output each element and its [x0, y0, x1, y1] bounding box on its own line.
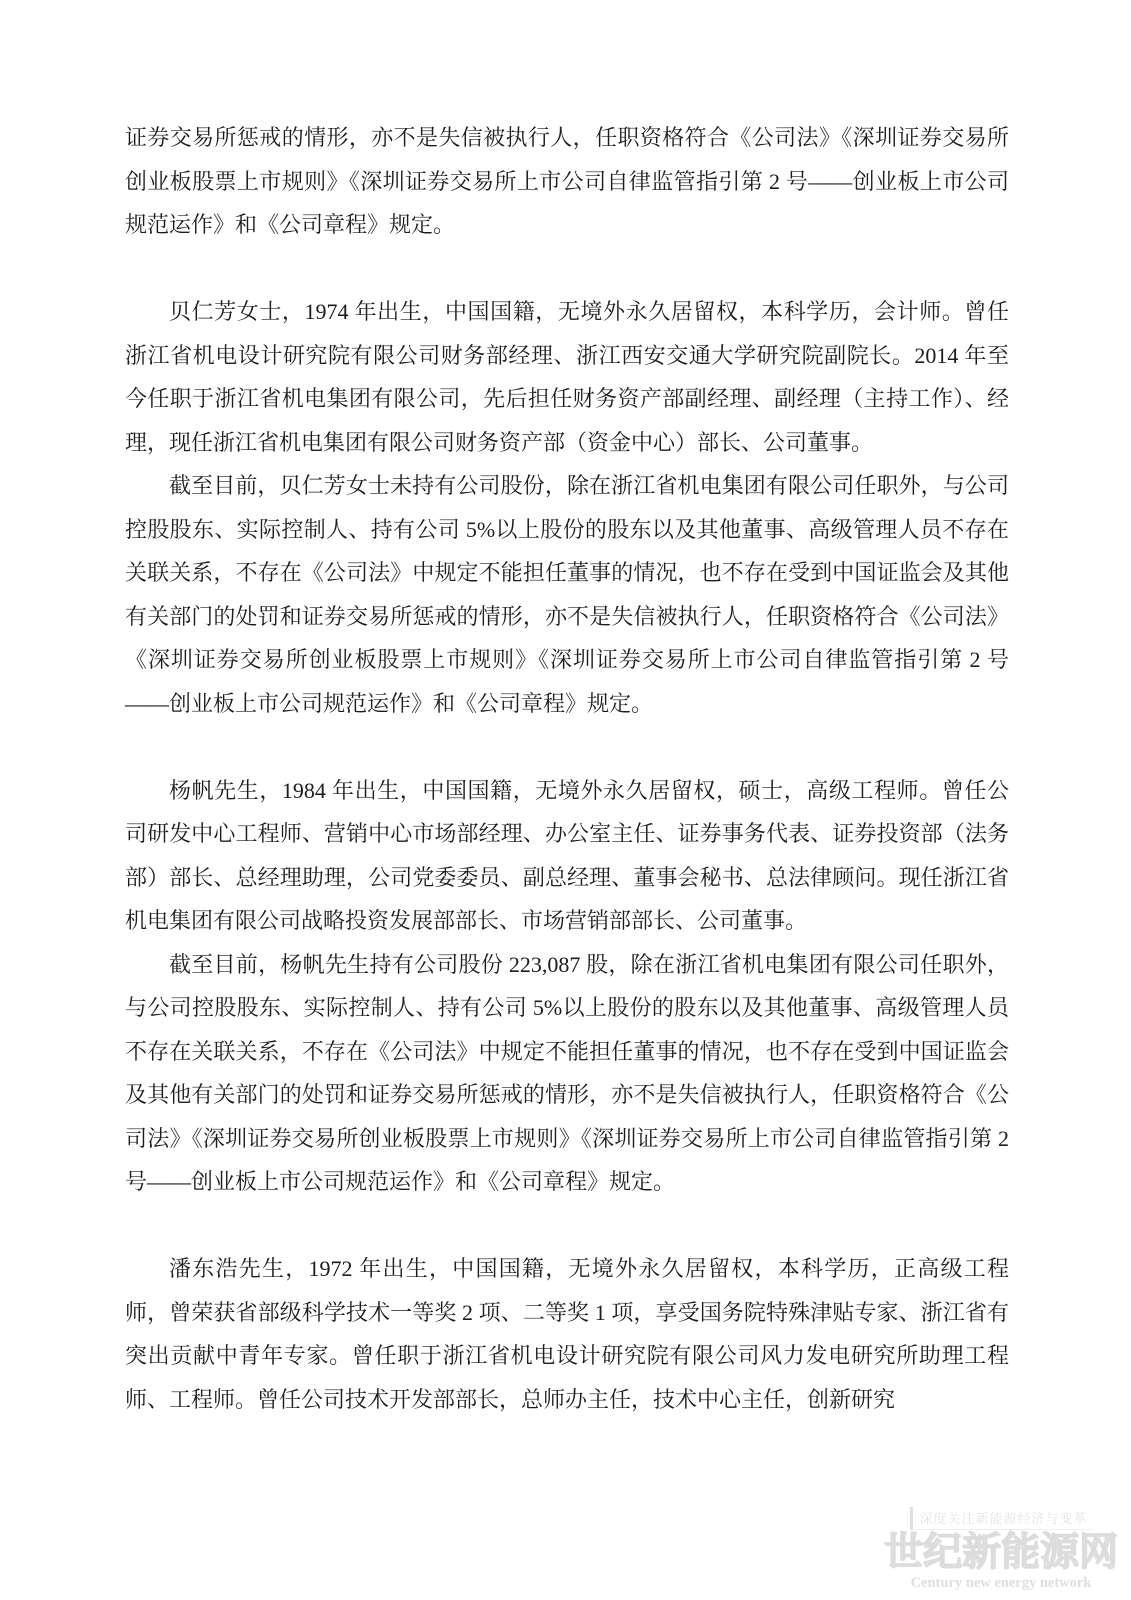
paragraph-shareholding-yang-fan: 截至目前，杨帆先生持有公司股份 223,087 股，除在浙江省机电集团有限公司任… [125, 943, 1009, 1204]
paragraph-shareholding-bei-renfang: 截至目前，贝仁芳女士未持有公司股份，除在浙江省机电集团有限公司任职外，与公司控股… [125, 464, 1009, 725]
paragraph-bio-pan-donghao: 潘东浩先生，1972 年出生，中国国籍，无境外永久居留权，本科学历，正高级工程师… [125, 1247, 1009, 1421]
paragraph-bio-bei-renfang: 贝仁芳女士，1974 年出生，中国国籍，无境外永久居留权，本科学历，会计师。曾任… [125, 290, 1009, 464]
watermark-site-name: 世纪新能源网 [877, 1532, 1125, 1574]
document-body-text: 证券交易所惩戒的情形，亦不是失信被执行人，任职资格符合《公司法》《深圳证券交易所… [125, 116, 1009, 1421]
paragraph-continuation: 证券交易所惩戒的情形，亦不是失信被执行人，任职资格符合《公司法》《深圳证券交易所… [125, 116, 1009, 247]
watermark: 深度关注新能源经济与变革 世纪新能源网 Century new energy n… [877, 1507, 1125, 1592]
paragraph-bio-yang-fan: 杨帆先生，1984 年出生，中国国籍，无境外永久居留权，硕士，高级工程师。曾任公… [125, 769, 1009, 943]
watermark-site-name-english: Century new energy network [877, 1575, 1125, 1592]
document-page: 证券交易所惩戒的情形，亦不是失信被执行人，任职资格符合《公司法》《深圳证券交易所… [0, 0, 1131, 1600]
watermark-tagline: 深度关注新能源经济与变革 [910, 1507, 1091, 1530]
